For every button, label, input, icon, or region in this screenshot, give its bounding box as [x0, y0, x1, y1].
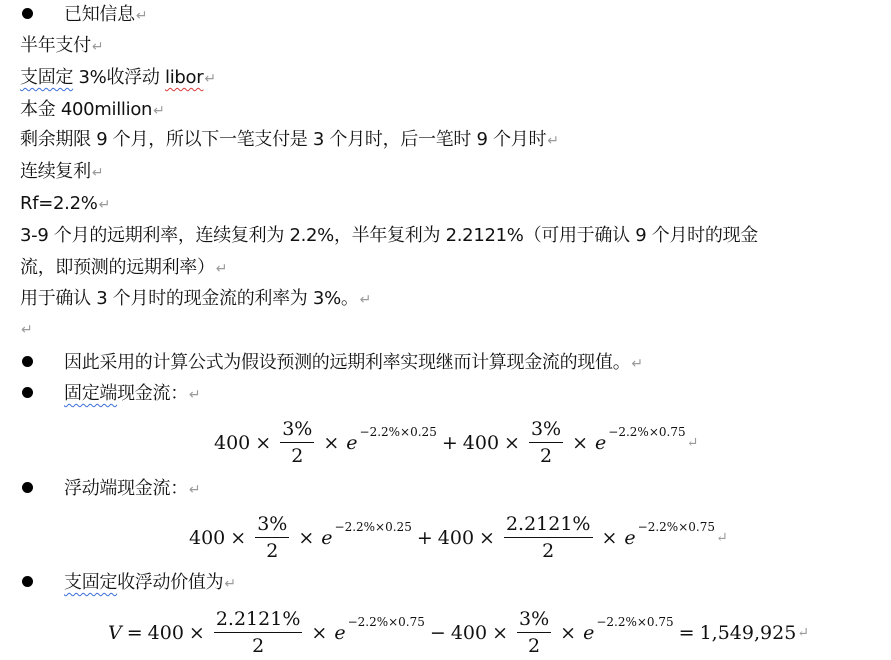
floating-leg-formula: 400 × 3%2 × e−2.2%×0.25 + 400 × 2.2121%2… — [189, 512, 728, 563]
continuous-line: 连续复利↵ — [20, 161, 103, 184]
paragraph-mark-icon: ↵ — [687, 435, 699, 451]
empty-line: ↵ — [20, 318, 32, 341]
paragraph-mark-icon: ↵ — [92, 165, 103, 181]
bullet-icon — [22, 8, 33, 19]
paragraph-mark-icon: ↵ — [216, 261, 227, 277]
paragraph-mark-icon: ↵ — [136, 8, 147, 24]
grammar-flag-text[interactable]: 固定端 — [64, 383, 117, 404]
fraction: 3%2 — [529, 417, 563, 468]
bullet-icon — [22, 387, 33, 398]
fixed-leg-formula: 400 × 3%2 × e−2.2%×0.25 + 400 × 3%2 × e−… — [214, 417, 698, 468]
paragraph-mark-icon: ↵ — [797, 625, 809, 641]
floating-leg-bullet: 浮动端现金流：↵ — [20, 478, 200, 501]
value-bullet: 支固定收浮动价值为↵ — [20, 572, 236, 595]
forward-rate-line-1: 3-9 个月的远期利率，连续复利为 2.2%，半年复利为 2.2121%（可用于… — [20, 225, 758, 247]
fixed-leg-bullet: 固定端现金流：↵ — [20, 383, 200, 406]
remaining-term-line: 剩余期限 9 个月，所以下一笔支付是 3 个月时，后一笔时 9 个月时↵ — [20, 129, 559, 152]
fraction: 2.2121%2 — [214, 607, 303, 658]
paragraph-mark-icon: ↵ — [547, 133, 558, 149]
semi-annual-line: 半年支付↵ — [20, 35, 103, 58]
bullet-icon — [22, 482, 33, 493]
fraction: 3%2 — [517, 607, 551, 658]
paragraph-mark-icon: ↵ — [204, 71, 215, 87]
swap-value-formula: V = 400 × 2.2121%2 × e−2.2%×0.75 − 400 ×… — [108, 607, 809, 658]
fraction: 3%2 — [255, 512, 289, 563]
paragraph-mark-icon: ↵ — [360, 292, 371, 308]
forward-rate-line-2: 流，即预测的远期利率）↵ — [20, 257, 227, 280]
formula-method-bullet: 因此采用的计算公式为假设预测的远期利率实现继而计算现金流的现值。↵ — [20, 352, 643, 375]
bullet-icon — [22, 576, 33, 587]
pay-fixed-line: 支固定 3%收浮动 libor↵ — [20, 67, 216, 90]
grammar-flag-text[interactable]: 支固定 — [20, 67, 73, 88]
paragraph-mark-icon: ↵ — [224, 576, 235, 592]
paragraph-mark-icon: ↵ — [92, 39, 103, 55]
bullet-icon — [22, 356, 33, 367]
fraction: 2.2121%2 — [504, 512, 593, 563]
paragraph-mark-icon: ↵ — [631, 356, 642, 372]
paragraph-mark-icon: ↵ — [21, 322, 32, 338]
known-info-heading: 已知信息↵ — [20, 4, 147, 27]
paragraph-mark-icon: ↵ — [716, 530, 728, 546]
swap-value-result: 1,549,925 — [700, 622, 797, 644]
paragraph-mark-icon: ↵ — [189, 387, 200, 403]
spelling-flag-text[interactable]: libor — [165, 67, 203, 88]
paragraph-mark-icon: ↵ — [189, 482, 200, 498]
fraction: 3%2 — [280, 417, 314, 468]
rf-line: Rf=2.2%↵ — [20, 193, 110, 216]
paragraph-mark-icon: ↵ — [153, 103, 164, 119]
paragraph-mark-icon: ↵ — [99, 197, 110, 213]
rate-3m-line: 用于确认 3 个月时的现金流的利率为 3%。↵ — [20, 288, 371, 311]
principal-line: 本金 400million↵ — [20, 99, 165, 122]
grammar-flag-text[interactable]: 支固定 — [64, 572, 117, 593]
